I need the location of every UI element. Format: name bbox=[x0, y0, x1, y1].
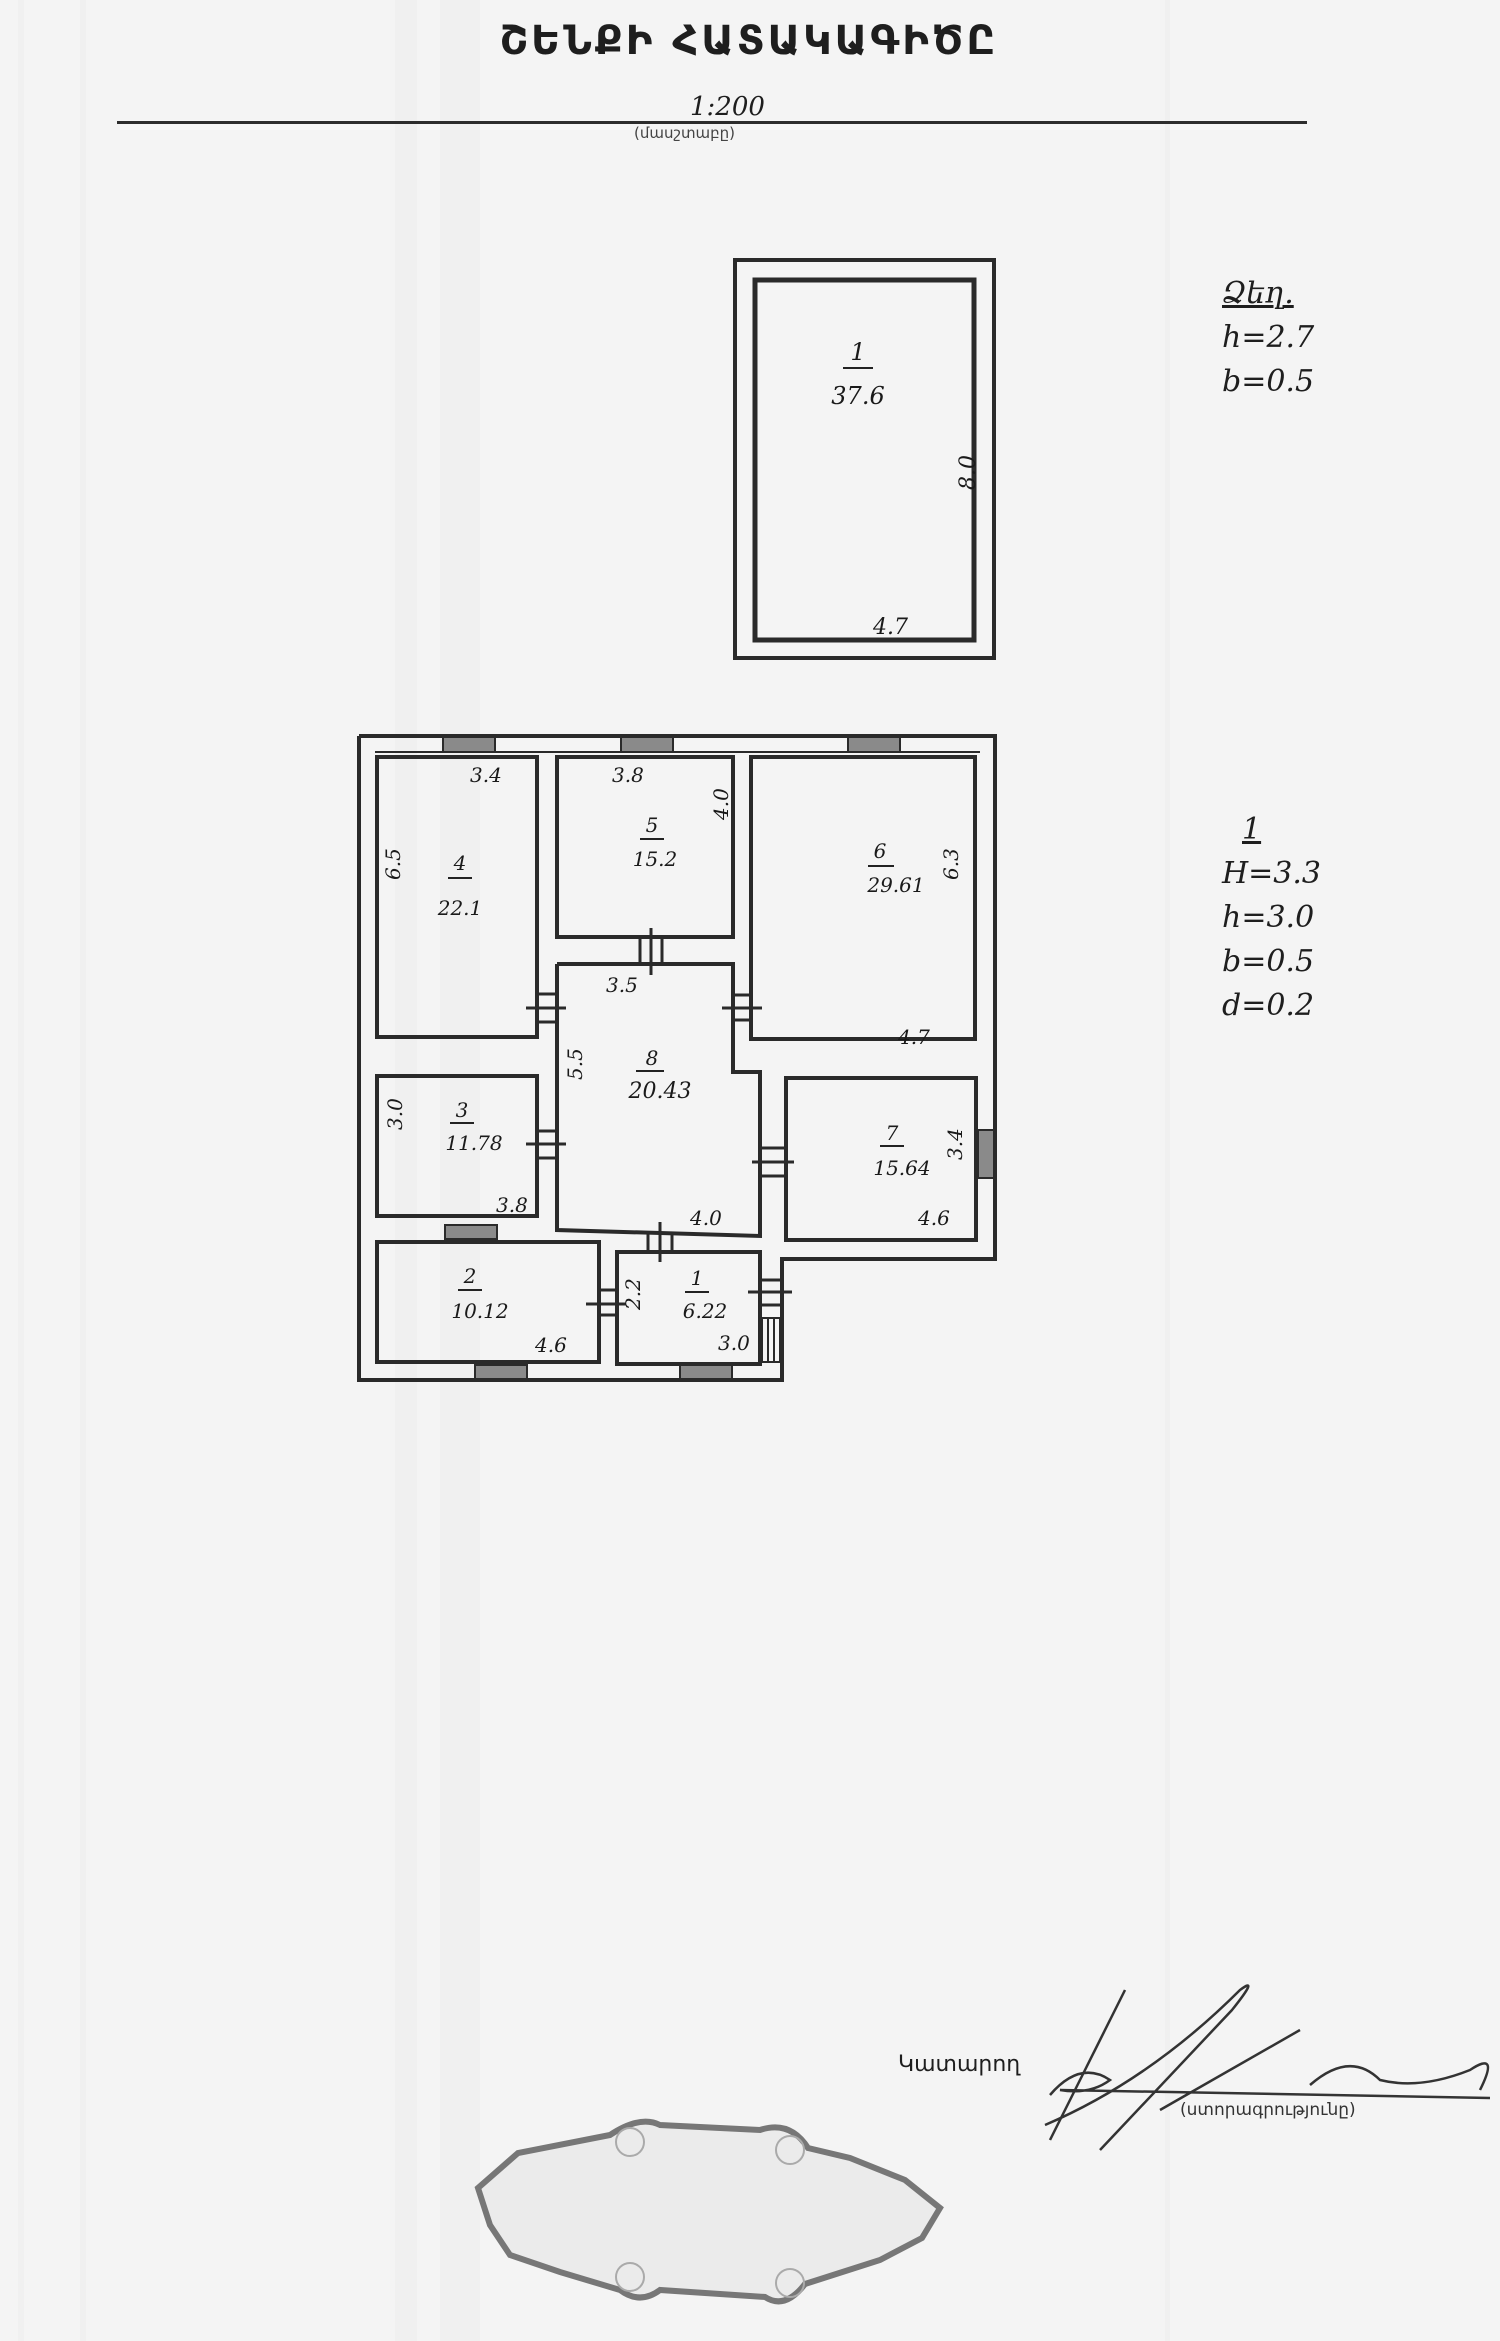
attic-height: h=2.7 bbox=[1222, 316, 1314, 360]
room4-area: 22.1 bbox=[437, 896, 483, 920]
room1-number: 1 bbox=[691, 1266, 704, 1290]
floor1-outer-wall: b=0.5 bbox=[1222, 940, 1321, 984]
floor1-inner-wall: d=0.2 bbox=[1222, 984, 1321, 1028]
room3-length: 3.0 bbox=[383, 1098, 407, 1130]
attic-room-width: 4.7 bbox=[872, 615, 908, 640]
room4-width: 3.4 bbox=[470, 763, 502, 787]
floor1-labels: 3.4 6.5 4 22.1 3.8 4.0 5 15.2 4.7 6.3 6 … bbox=[381, 763, 967, 1357]
room5-number: 5 bbox=[646, 813, 659, 837]
performer-label: Կատարող bbox=[898, 2052, 1020, 2077]
room1-area: 6.22 bbox=[683, 1299, 728, 1323]
room8-width2: 4.0 bbox=[689, 1206, 722, 1230]
floor-plan-document: ՇԵՆՔԻ ՀԱՏԱԿԱԳԻԾԸ 1:200 (մասշտաբը) bbox=[0, 0, 1500, 2341]
room6-length: 6.3 bbox=[939, 848, 963, 880]
attic-legend-heading: Ձեղ. bbox=[1222, 272, 1314, 316]
floor1-legend: 1 H=3.3 h=3.0 b=0.5 d=0.2 bbox=[1222, 808, 1321, 1028]
room5-area: 15.2 bbox=[633, 847, 678, 871]
floor1-room-height: h=3.0 bbox=[1222, 896, 1321, 940]
floor1-outer-walls bbox=[359, 736, 995, 1380]
room8-number: 8 bbox=[646, 1046, 659, 1070]
room1-width: 3.0 bbox=[718, 1331, 750, 1355]
room6-number: 6 bbox=[874, 839, 887, 863]
room6-area: 29.61 bbox=[866, 873, 924, 897]
attic-labels: 1 37.6 8.0 4.7 bbox=[831, 338, 981, 640]
room4-number: 4 bbox=[453, 851, 467, 875]
room6-width: 4.7 bbox=[897, 1025, 930, 1049]
room7-length: 3.4 bbox=[943, 1128, 967, 1160]
room8-length: 5.5 bbox=[563, 1048, 587, 1080]
room7-width: 4.6 bbox=[917, 1206, 950, 1230]
room8-area: 20.43 bbox=[628, 1079, 692, 1104]
floor1-total-height: H=3.3 bbox=[1222, 852, 1321, 896]
room5-length: 4.0 bbox=[709, 788, 733, 821]
windows bbox=[443, 737, 994, 1379]
room4-length: 6.5 bbox=[381, 848, 405, 880]
room7-number: 7 bbox=[886, 1121, 899, 1145]
attic-room-length: 8.0 bbox=[956, 455, 981, 490]
attic-wall-thickness: b=0.5 bbox=[1222, 360, 1314, 404]
attic-room-number: 1 bbox=[850, 338, 865, 366]
room8-width: 3.5 bbox=[606, 973, 638, 997]
room5-width: 3.8 bbox=[612, 763, 644, 787]
room2-area: 10.12 bbox=[451, 1299, 508, 1323]
room7-area: 15.64 bbox=[873, 1156, 930, 1180]
attic-legend: Ձեղ. h=2.7 b=0.5 bbox=[1222, 272, 1314, 404]
stamp-cartouche bbox=[478, 2122, 940, 2302]
room1-length: 2.2 bbox=[621, 1278, 645, 1311]
room3-number: 3 bbox=[456, 1098, 469, 1122]
attic-room-area: 37.6 bbox=[831, 382, 884, 410]
doors bbox=[526, 928, 794, 1315]
room3-width: 3.8 bbox=[496, 1193, 528, 1217]
signature-caption: (ստորագրությունը) bbox=[1180, 2100, 1356, 2120]
stairs bbox=[762, 1318, 780, 1362]
signature bbox=[1045, 1986, 1490, 2151]
floor1-legend-heading: 1 bbox=[1222, 808, 1321, 852]
room2-number: 2 bbox=[463, 1264, 477, 1288]
room2-width: 4.6 bbox=[534, 1333, 567, 1357]
room3-area: 11.78 bbox=[445, 1131, 502, 1155]
